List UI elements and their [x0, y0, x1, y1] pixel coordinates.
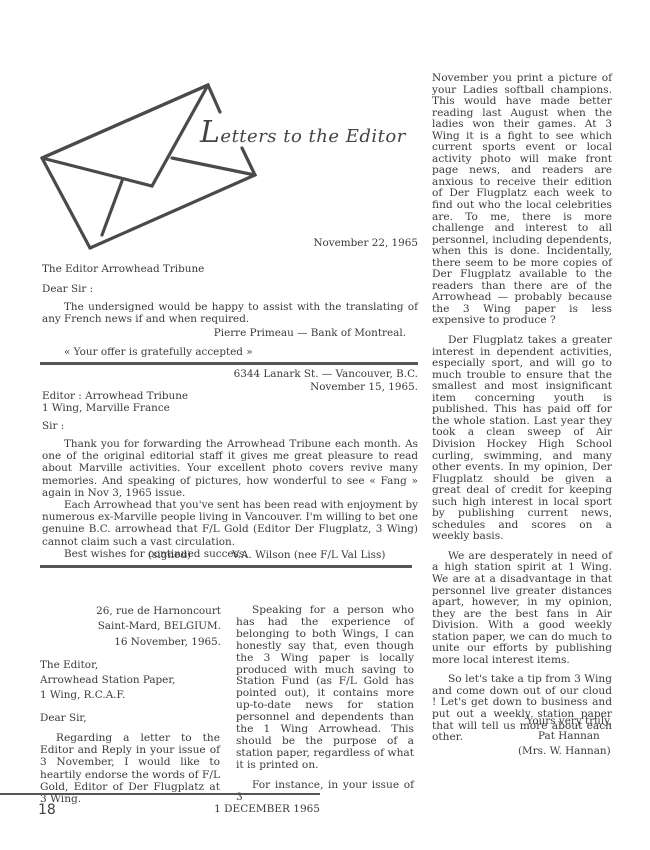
letter3-address-2: Saint-Mard, BELGIUM. — [60, 620, 221, 632]
letter3-date: 16 November, 1965. — [60, 636, 221, 648]
divider — [40, 565, 412, 568]
letter3-addressee-3: 1 Wing, R.C.A.F. — [40, 689, 125, 701]
letter3-addressee-1: The Editor, — [40, 659, 98, 671]
letter3-signature: Pat Hannan — [538, 730, 600, 742]
footer-rule — [0, 793, 320, 795]
divider — [40, 362, 418, 365]
section-title: Letters to the Editor — [200, 115, 406, 150]
letter2-date: November 15, 1965. — [180, 381, 418, 393]
letter2-signature: V.A. Wilson (nee F/L Val Liss) — [232, 549, 385, 561]
title-initial: L — [200, 115, 220, 150]
letter3-col3-paragraph: Der Flugplatz takes a greater interest i… — [432, 335, 612, 543]
letter3-col3-paragraph: November you print a picture of your Lad… — [432, 73, 612, 327]
letter3-closing: Yours very truly, — [470, 715, 612, 727]
page-number: 18 — [38, 802, 56, 818]
letter3-addressee-2: Arrowhead Station Paper, — [40, 674, 175, 686]
letter2-addressee-1: Editor : Arrowhead Tribune — [42, 390, 188, 402]
letter1-salutation: Dear Sir : — [42, 283, 93, 295]
letter2-paragraph: Thank you for forwarding the Arrowhead T… — [42, 438, 418, 499]
letter1-signature: Pierre Primeau — Bank of Montreal. — [180, 327, 406, 339]
title-rest: etters to the Editor — [220, 126, 405, 147]
letter3-col2-paragraph: For instance, in your issue of 3 — [236, 780, 414, 804]
letter1-date: November 22, 1965 — [240, 237, 418, 249]
letter2-addressee-2: 1 Wing, Marville France — [42, 402, 170, 414]
envelope-icon — [30, 70, 280, 250]
issue-date: 1 DECEMBER 1965 — [160, 803, 320, 815]
letter1-reply: « Your offer is gratefully accepted » — [64, 346, 253, 358]
letter3-signature-note: (Mrs. W. Hannan) — [518, 745, 611, 757]
letter2-salutation: Sir : — [42, 420, 64, 432]
letter3-salutation: Dear Sir, — [40, 712, 87, 724]
letter2-paragraph: Each Arrowhead that you've sent has been… — [42, 499, 418, 548]
letter2-address: 6344 Lanark St. — Vancouver, B.C. — [180, 368, 418, 380]
letter3-col2-paragraph: Speaking for a person who has had the ex… — [236, 605, 414, 772]
letter1-addressee: The Editor Arrowhead Tribune — [42, 263, 204, 275]
letter3-col3-paragraph: We are desperately in need of a high sta… — [432, 551, 612, 666]
letter2-signed-label: (signed) — [148, 549, 191, 561]
letter1-body: The undersigned would be happy to assist… — [42, 301, 418, 325]
letter3-address-1: 26, rue de Harnoncourt — [60, 605, 221, 617]
